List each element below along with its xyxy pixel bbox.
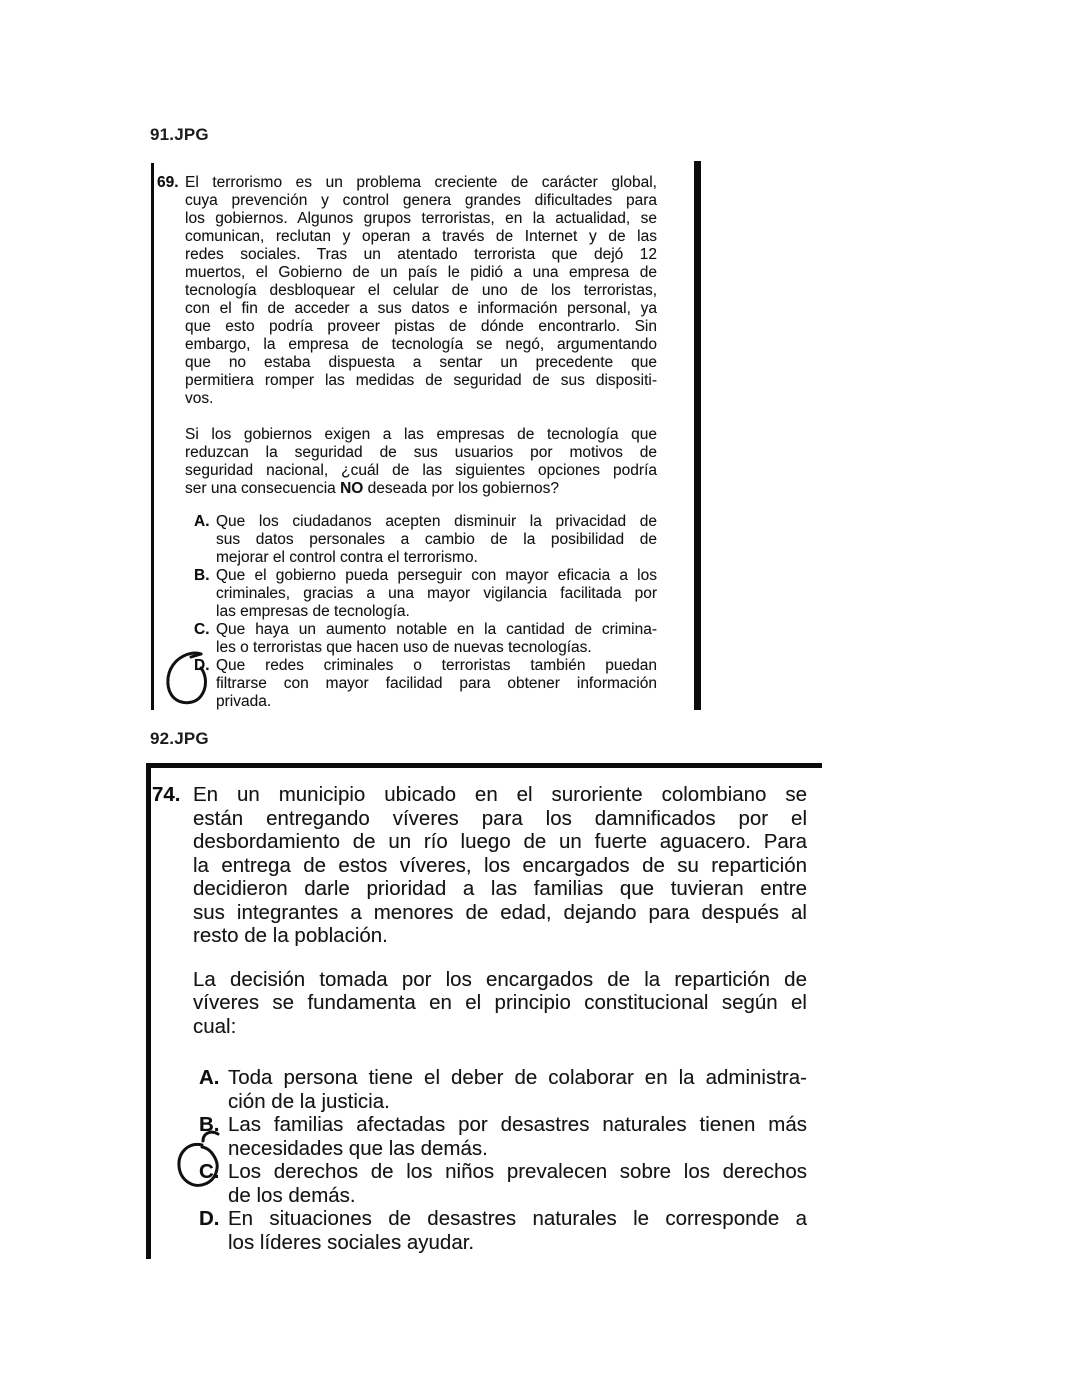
option-row-d: D. Que redes criminales o terroristas ta… [185, 657, 657, 711]
text-line: Los derechos de los niños prevalecen sob… [228, 1160, 807, 1184]
text-line: víveres se fundamenta en el principio co… [193, 991, 807, 1015]
text-line: que no estaba dispuesta a sentar un prec… [185, 354, 657, 372]
text-line: Si los gobiernos exigen a las empresas d… [185, 426, 657, 444]
document-page: 91.JPG 69. El terrorismo es un problema … [0, 0, 1080, 1397]
option-row-a: A. Que los ciudadanos acepten disminuir … [185, 513, 657, 567]
option-text-b: Que el gobierno pueda perseguir con mayo… [216, 567, 657, 621]
text-line: la entrega de estos víveres, los encarga… [193, 854, 807, 878]
text-line: filtrarse con mayor facilidad para obten… [216, 675, 657, 693]
option-letter-b: B. [199, 1113, 220, 1137]
option-letter-d: D. [194, 657, 210, 675]
text-line: muertos, el Gobierno de un país le pidió… [185, 264, 657, 282]
option-text-c: Los derechos de los niños prevalecen sob… [228, 1160, 807, 1207]
option-text-d: En situaciones de desastres naturales le… [228, 1207, 807, 1254]
question-69-number: 69. [157, 174, 179, 192]
text-line: tecnología desbloquear el celular de uno… [185, 282, 657, 300]
question-69-options: A. Que los ciudadanos acepten disminuir … [185, 513, 657, 711]
option-text-a: Que los ciudadanos acepten disminuir la … [216, 513, 657, 567]
option-letter-a: A. [194, 513, 210, 531]
question-74-content: En un municipio ubicado en el suroriente… [193, 783, 807, 1254]
question-74-number: 74. [152, 783, 181, 807]
text-line: ser una consecuencia NO deseada por los … [185, 480, 657, 498]
question-69-scan: 69. El terrorismo es un problema crecien… [151, 163, 701, 710]
option-letter-d: D. [199, 1207, 220, 1231]
text-line: los líderes sociales ayudar. [228, 1231, 807, 1255]
question-69-prompt: Si los gobiernos exigen a las empresas d… [185, 426, 657, 498]
question-74-stem: En un municipio ubicado en el suroriente… [193, 783, 807, 948]
option-text-a: Toda persona tiene el deber de colaborar… [228, 1066, 807, 1113]
question-74-prompt: La decisión tomada por los encargados de… [193, 968, 807, 1039]
text-line: La decisión tomada por los encargados de… [193, 968, 807, 992]
option-text-b: Las familias afectadas por desastres nat… [228, 1113, 807, 1160]
text-line: embargo, la empresa de tecnología se neg… [185, 336, 657, 354]
question-74-scan: 74. En un municipio ubicado en el surori… [146, 763, 822, 1259]
question-74-options: A. Toda persona tiene el deber de colabo… [193, 1066, 807, 1254]
text-line: Que redes criminales o terroristas tambi… [216, 657, 657, 675]
option-row-b: B. Las familias afectadas por desastres … [193, 1113, 807, 1160]
option-row-c: C. Que haya un aumento notable en la can… [185, 621, 657, 657]
option-letter-a: A. [199, 1066, 220, 1090]
option-row-c: C. Los derechos de los niños prevalecen … [193, 1160, 807, 1207]
text-line: Las familias afectadas por desastres nat… [228, 1113, 807, 1137]
text-line: les o terroristas que hacen uso de nueva… [216, 639, 657, 657]
option-letter-b: B. [194, 567, 210, 585]
text-line: Que los ciudadanos acepten disminuir la … [216, 513, 657, 531]
text-line: reduzcan la seguridad de sus usuarios po… [185, 444, 657, 462]
text-line: necesidades que las demás. [228, 1137, 807, 1161]
right-column-rule [694, 161, 701, 710]
text-line: con el fin de acceder a sus datos e info… [185, 300, 657, 318]
text-line: En situaciones de desastres naturales le… [228, 1207, 807, 1231]
text-line: están entregando víveres para los damnif… [193, 807, 807, 831]
option-letter-c: C. [194, 621, 210, 639]
text-line: Que el gobierno pueda perseguir con mayo… [216, 567, 657, 585]
question-69-content: El terrorismo es un problema creciente d… [185, 174, 657, 711]
image-label-91: 91.JPG [150, 125, 209, 145]
option-row-b: B. Que el gobierno pueda perseguir con m… [185, 567, 657, 621]
text-line: permitiera romper las medidas de segurid… [185, 372, 657, 390]
text-line: resto de la población. [193, 924, 807, 948]
image-label-92: 92.JPG [150, 729, 209, 749]
text-line: que esto podría proveer pistas de dónde … [185, 318, 657, 336]
text-line: comunican, reclutan y operan a través de… [185, 228, 657, 246]
text-line: redes sociales. Tras un atentado terrori… [185, 246, 657, 264]
option-text-d: Que redes criminales o terroristas tambi… [216, 657, 657, 711]
option-row-d: D. En situaciones de desastres naturales… [193, 1207, 807, 1254]
text-line: Que haya un aumento notable en la cantid… [216, 621, 657, 639]
text-line: Toda persona tiene el deber de colaborar… [228, 1066, 807, 1090]
text-line: desbordamiento de un río luego de un fue… [193, 830, 807, 854]
text-line: sus datos personales a cambio de la posi… [216, 531, 657, 549]
text-line: cual: [193, 1015, 807, 1039]
text-line: los gobiernos. Algunos grupos terrorista… [185, 210, 657, 228]
option-letter-c: C. [199, 1160, 220, 1184]
text-line: decidieron darle prioridad a las familia… [193, 877, 807, 901]
text-line: mejorar el control contra el terrorismo. [216, 549, 657, 567]
text-line: El terrorismo es un problema creciente d… [185, 174, 657, 192]
option-text-c: Que haya un aumento notable en la cantid… [216, 621, 657, 657]
text-line: las empresas de tecnología. [216, 603, 657, 621]
text-line: vos. [185, 390, 657, 408]
text-line: cuya prevención y control genera grandes… [185, 192, 657, 210]
text-line: seguridad nacional, ¿cuál de las siguien… [185, 462, 657, 480]
question-69-stem: El terrorismo es un problema creciente d… [185, 174, 657, 408]
text-line: privada. [216, 693, 657, 711]
text-line: sus integrantes a menores de edad, dejan… [193, 901, 807, 925]
text-line: ción de la justicia. [228, 1090, 807, 1114]
text-line: criminales, gracias a una mayor vigilanc… [216, 585, 657, 603]
text-line: de los demás. [228, 1184, 807, 1208]
option-row-a: A. Toda persona tiene el deber de colabo… [193, 1066, 807, 1113]
text-line: En un municipio ubicado en el suroriente… [193, 783, 807, 807]
